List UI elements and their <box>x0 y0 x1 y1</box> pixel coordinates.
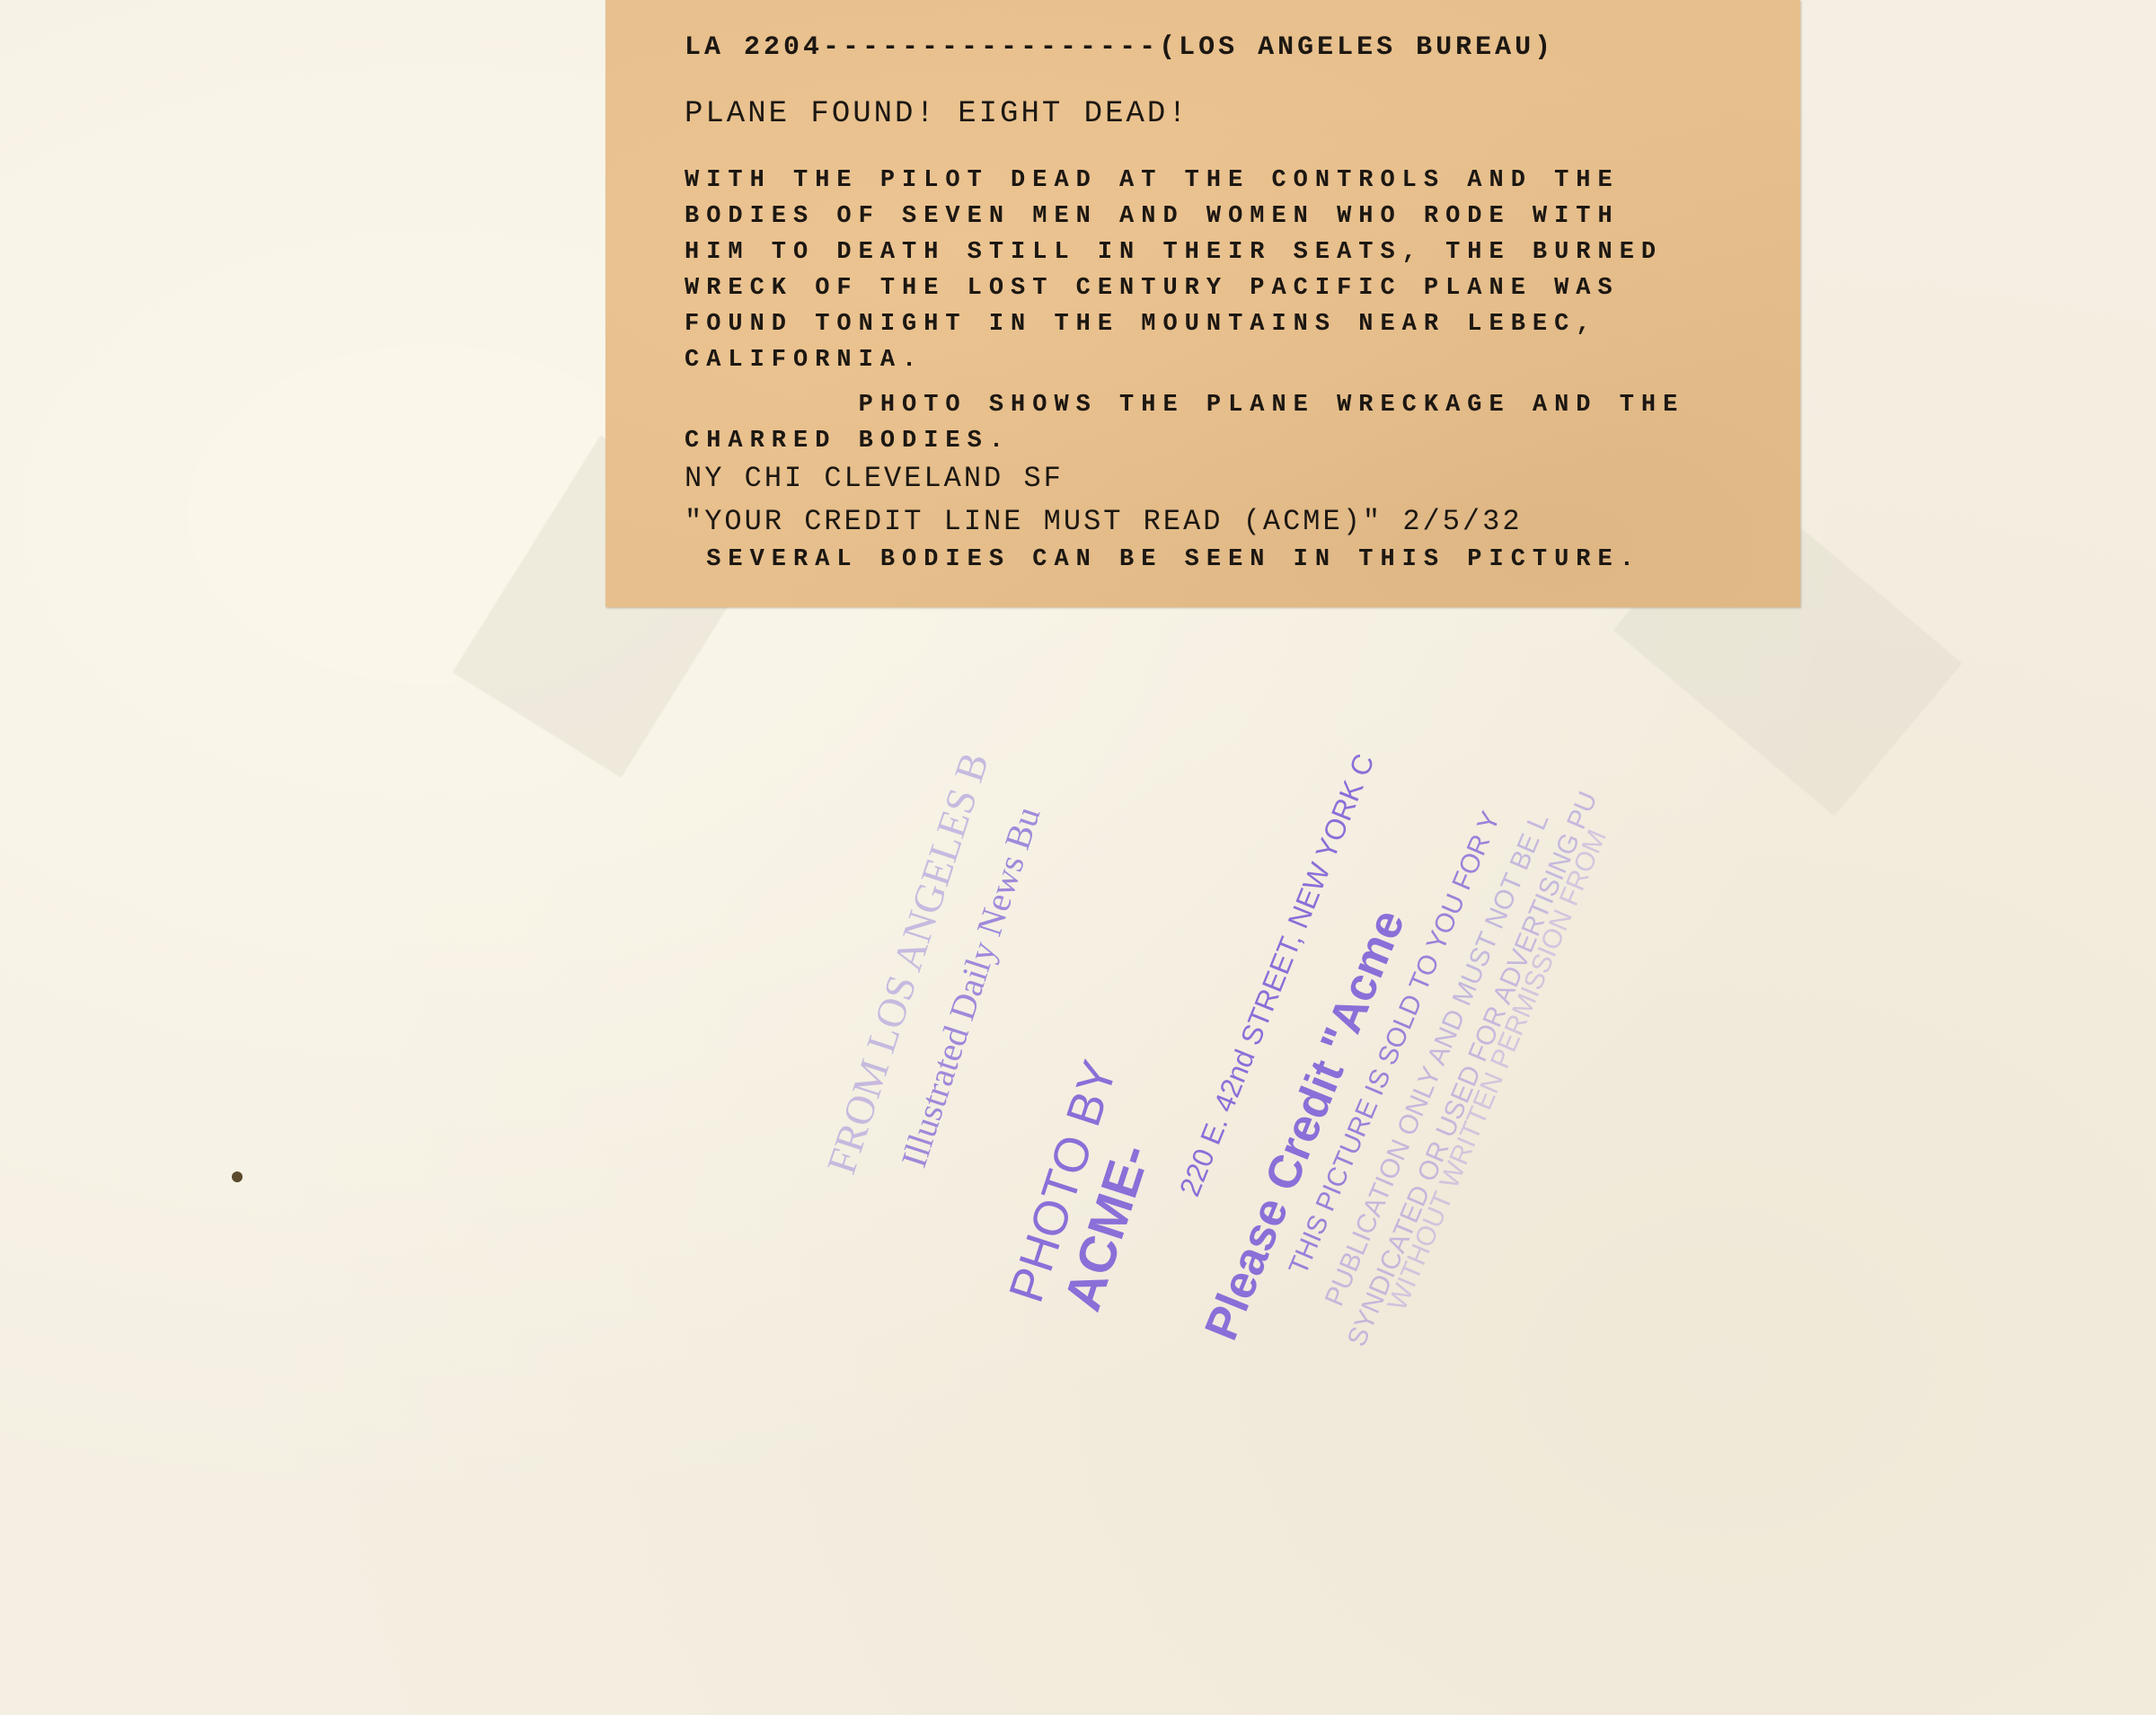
body-line: WITH THE PILOT DEAD AT THE CONTROLS AND … <box>685 167 1620 194</box>
caption-card: LA 2204-----------------(LOS ANGELES BUR… <box>605 0 1800 607</box>
paper-blemish <box>232 1171 243 1182</box>
headline: PLANE FOUND! EIGHT DEAD! <box>685 97 1189 131</box>
credit-line: "YOUR CREDIT LINE MUST READ (ACME)" 2/5/… <box>685 505 1523 538</box>
body-line: CALIFORNIA. <box>685 347 923 374</box>
caption-note: SEVERAL BODIES CAN BE SEEN IN THIS PICTU… <box>685 546 1641 573</box>
distribution-list: NY CHI CLEVELAND SF <box>685 462 1064 495</box>
body-line: BODIES OF SEVEN MEN AND WOMEN WHO RODE W… <box>685 203 1620 230</box>
body-line: HIM TO DEATH STILL IN THEIR SEATS, THE B… <box>685 239 1663 266</box>
body-line: PHOTO SHOWS THE PLANE WRECKAGE AND THE <box>685 392 1684 419</box>
dateline: LA 2204-----------------(LOS ANGELES BUR… <box>685 32 1554 63</box>
body-line: CHARRED BODIES. <box>685 428 1011 455</box>
body-line: FOUND TONIGHT IN THE MOUNTAINS NEAR LEBE… <box>685 311 1598 338</box>
body-line: WRECK OF THE LOST CENTURY PACIFIC PLANE … <box>685 275 1620 302</box>
